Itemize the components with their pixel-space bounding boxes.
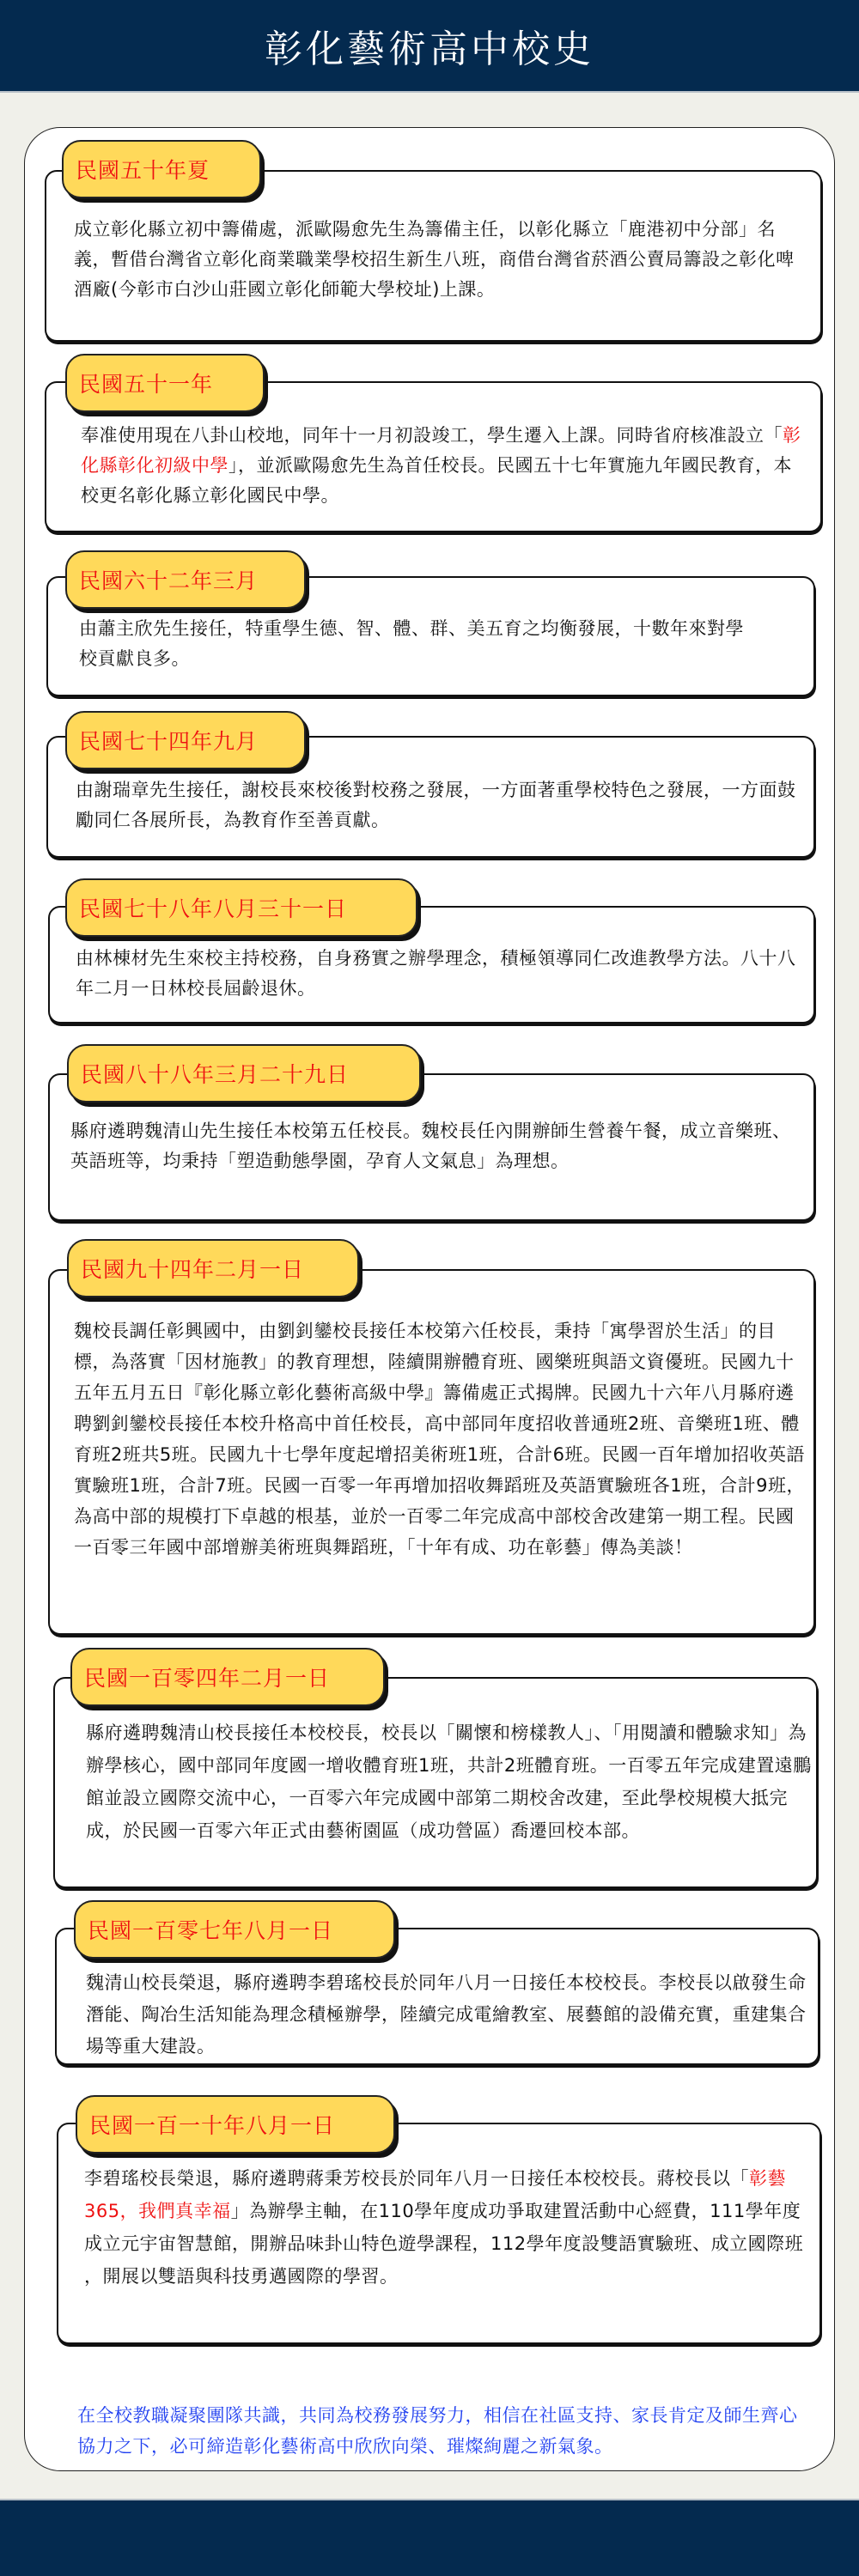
date-badge: 民國一百一十年八月一日 [76,2095,395,2154]
entry-card: 魏校長調任彰興國中，由劉釗鑾校長接任本校第六任校長，秉持「寓學習於生活」的目標，… [48,1269,815,1635]
entry-text: 縣府遴聘魏清山校長接任本校校長，校長以「關懷和榜樣教人」、「用閱讀和體驗求知」為… [86,1716,816,1847]
date-badge: 民國一百零七年八月一日 [74,1900,395,1959]
date-label: 民國一百零四年二月一日 [84,1662,330,1692]
entry-text: 由蕭主欣先生接任，特重學生德、智、體、群、美五育之均衡發展，十數年來對學校貢獻良… [79,614,749,674]
date-label: 民國一百一十年八月一日 [89,2109,335,2140]
page-title: 彰化藝術高中校史 [265,18,594,73]
date-badge: 民國一百零四年二月一日 [70,1648,385,1706]
date-label: 民國五十年夏 [76,154,210,185]
entry-text-before: 李碧瑤校長榮退，縣府遴聘蔣秉芳校長於同年八月一日接任本校校長。蔣校長以「 [84,2168,749,2189]
date-badge: 民國八十八年三月二十九日 [67,1044,421,1103]
entry-text: 成立彰化縣立初中籌備處，派歐陽愈先生為籌備主任，以彰化縣立「鹿港初中分部」名義，… [74,215,800,305]
closing-statement: 在全校教職凝聚團隊共識，共同為校務發展努力，相信在社區支持、家長肯定及師生齊心協… [77,2400,799,2462]
date-label: 民國五十一年 [79,368,213,398]
date-label: 民國七十八年八月三十一日 [79,892,347,923]
date-badge: 民國七十八年八月三十一日 [65,878,417,937]
entry-text: 魏清山校長榮退，縣府遴聘李碧瑤校長於同年八月一日接任本校校長。李校長以啟發生命潛… [86,1967,816,2063]
date-label: 民國七十四年九月 [79,725,258,756]
entry-text: 李碧瑤校長榮退，縣府遴聘蔣秉芳校長於同年八月一日接任本校校長。蔣校長以「彰藝36… [84,2162,814,2293]
date-label: 民國九十四年二月一日 [81,1253,304,1284]
entry-text: 縣府遴聘魏清山先生接任本校第五任校長。魏校長任內開辦師生營養午餐，成立音樂班、英… [70,1116,805,1176]
entry-text: 奉准使用現在八卦山校地，同年十一月初設竣工，學生遷入上課。同時省府核准設立「彰化… [81,421,807,511]
date-badge: 民國五十年夏 [62,140,261,198]
page-header: 彰化藝術高中校史 [0,0,859,93]
entry-card: 縣府遴聘魏清山校長接任本校校長，校長以「關懷和榜樣教人」、「用閱讀和體驗求知」為… [53,1677,818,1888]
date-badge: 民國五十一年 [65,354,265,412]
entry-card: 李碧瑤校長榮退，縣府遴聘蔣秉芳校長於同年八月一日接任本校校長。蔣校長以「彰藝36… [57,2123,821,2344]
entry-text-before: 奉准使用現在八卦山校地，同年十一月初設竣工，學生遷入上課。同時省府核准設立「 [81,425,783,446]
entry-text: 由謝瑞章先生接任，謝校長來校後對校務之發展，一方面著重學校特色之發展，一方面鼓勵… [76,775,801,835]
date-label: 民國一百零七年八月一日 [88,1914,333,1945]
entry-text: 魏校長調任彰興國中，由劉釗鑾校長接任本校第六任校長，秉持「寓學習於生活」的目標，… [74,1315,808,1563]
date-label: 民國八十八年三月二十九日 [81,1058,349,1089]
date-badge: 民國六十二年三月 [65,550,306,609]
date-badge: 民國九十四年二月一日 [67,1239,359,1297]
date-label: 民國六十二年三月 [79,564,258,595]
date-badge: 民國七十四年九月 [65,711,306,769]
page-footer [0,2499,859,2576]
entry-text: 由林棟材先生來校主持校務，自身務實之辦學理念，積極領導同仁改進教學方法。八十八年… [76,944,801,1004]
